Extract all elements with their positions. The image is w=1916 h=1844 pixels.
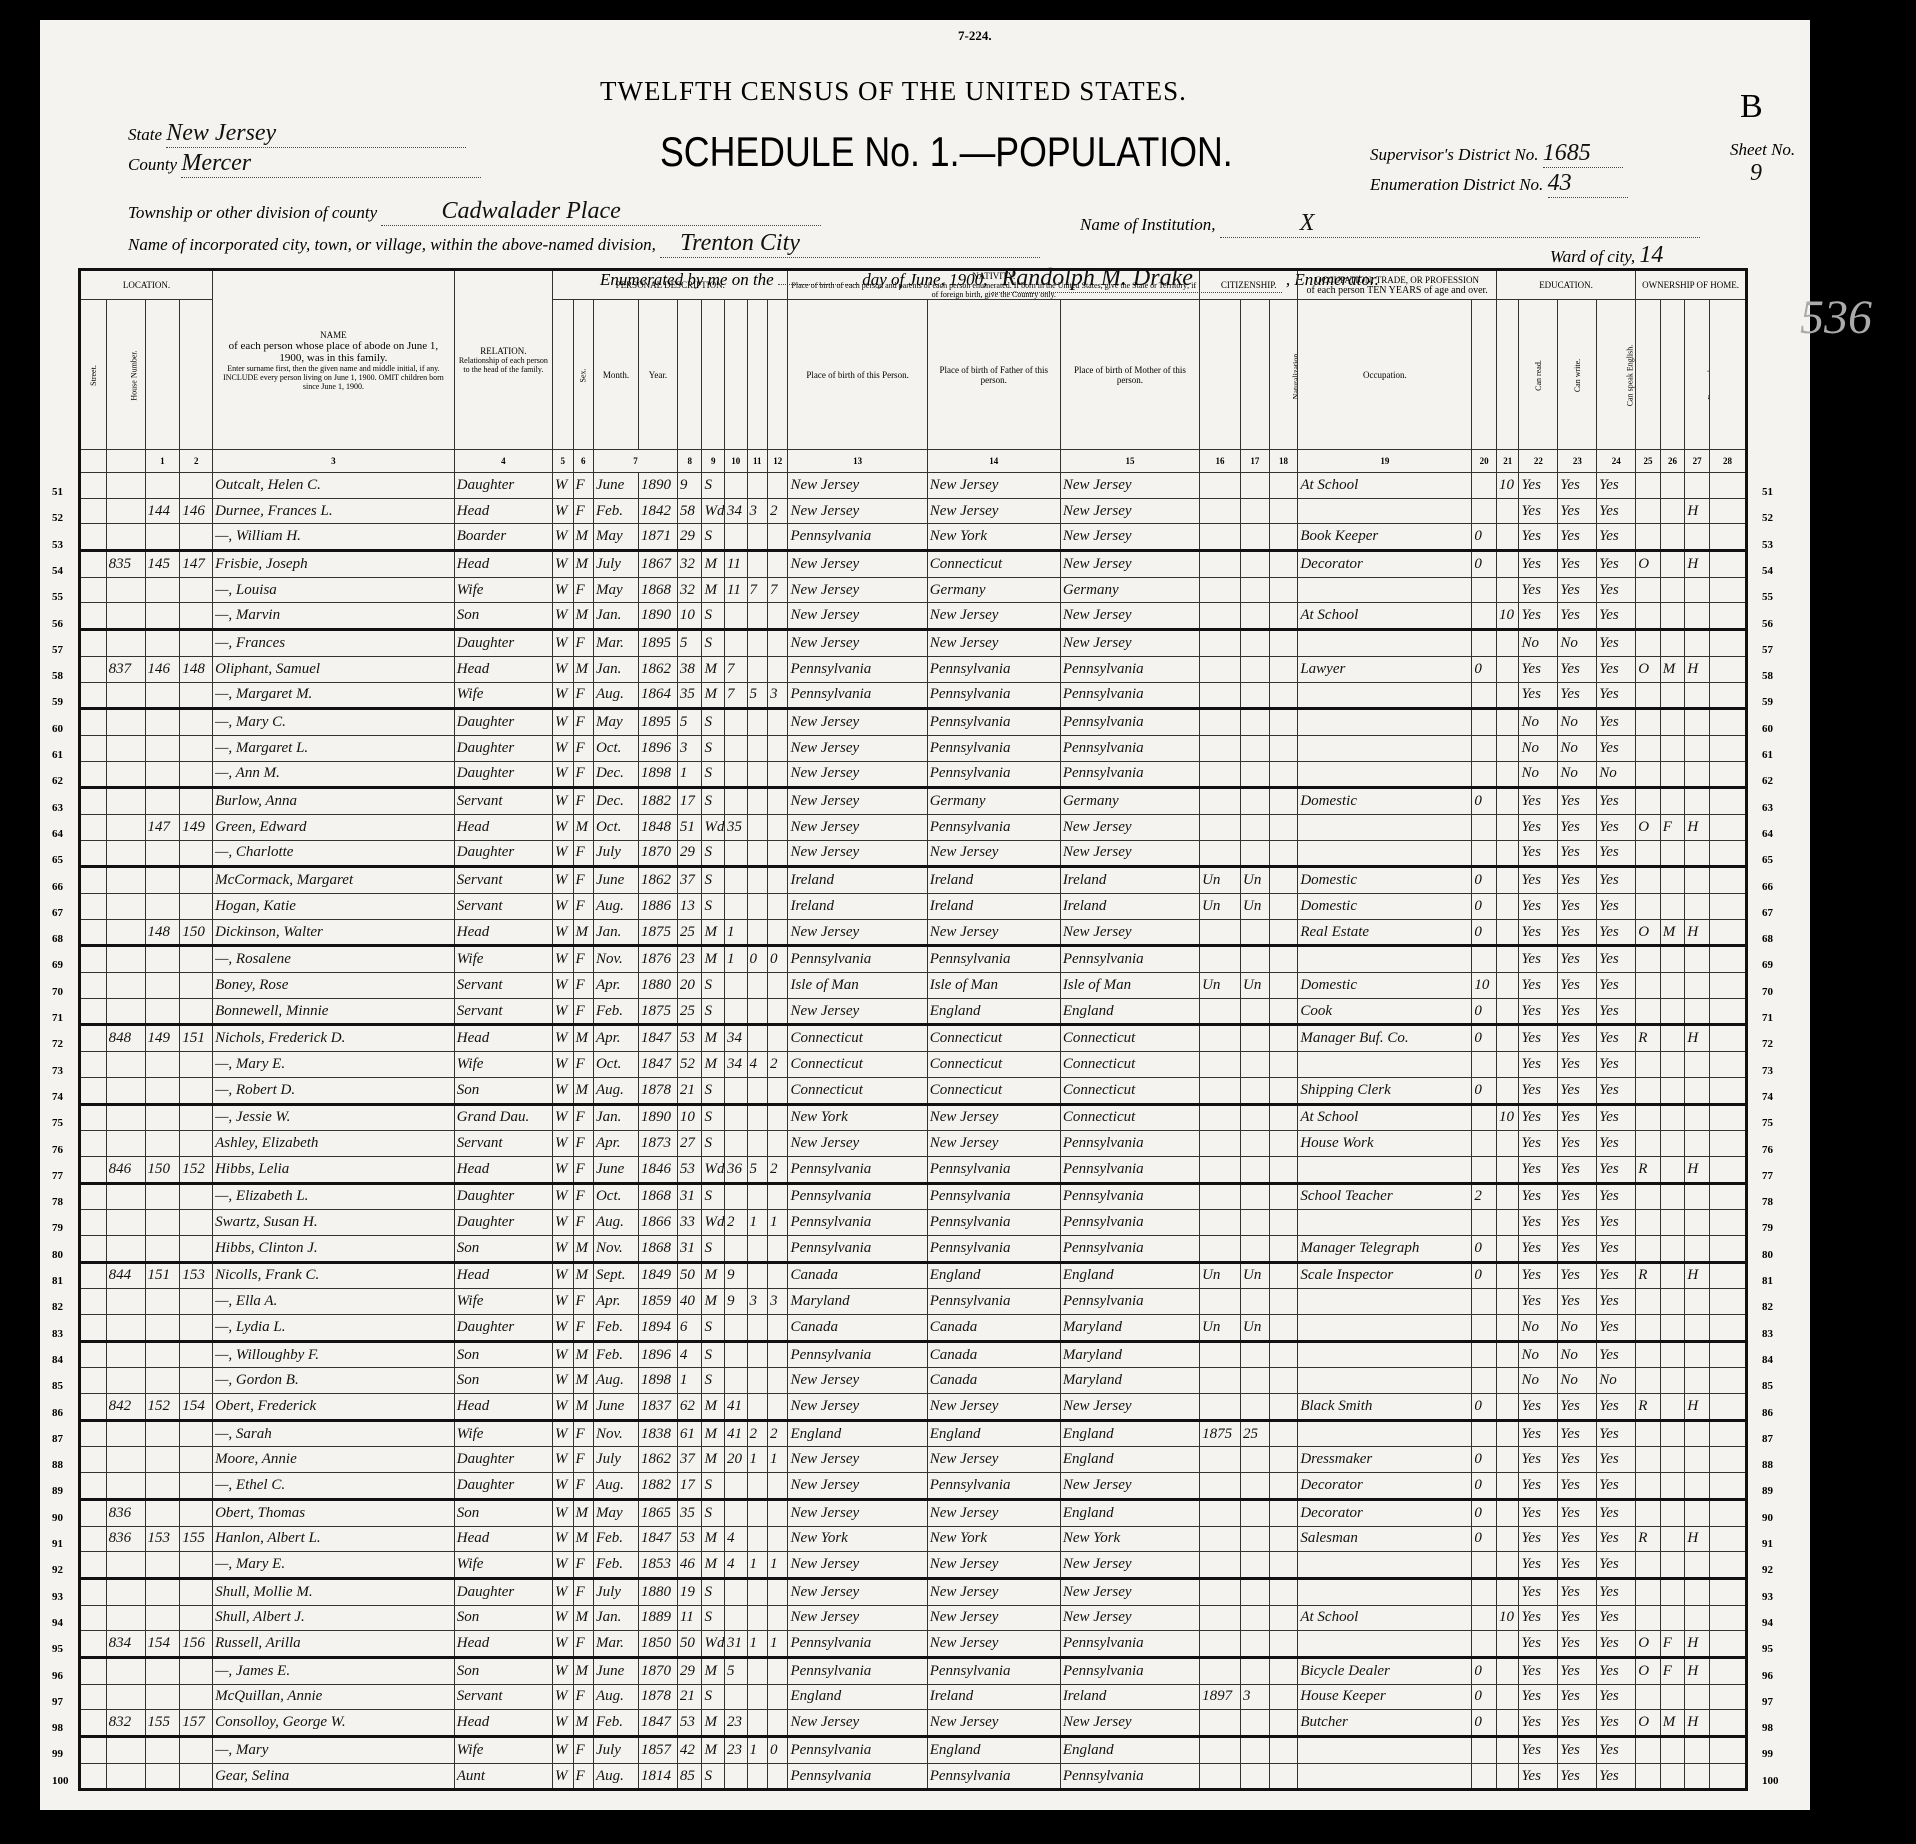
table-row: Hibbs, Clinton J.SonWMNov.186831SPennsyl… xyxy=(80,1235,1747,1262)
cell-house xyxy=(106,919,145,946)
cell-yrs-married xyxy=(725,1131,748,1157)
cell-name: Consolloy, George W. xyxy=(213,1710,455,1737)
cell-month: Mar. xyxy=(593,630,638,657)
cell-write: No xyxy=(1558,630,1597,657)
cell-months-unemp xyxy=(1472,1605,1497,1631)
cell-family xyxy=(180,973,213,999)
cell-family xyxy=(180,1131,213,1157)
cell-name: —, Frances xyxy=(213,630,455,657)
cell-birth: Connecticut xyxy=(788,1077,927,1104)
cell-living xyxy=(767,894,787,920)
colnum: 9 xyxy=(702,450,725,473)
line-number-left: 60 xyxy=(52,723,63,735)
cell-english: Yes xyxy=(1597,1684,1636,1710)
cell-street xyxy=(80,1552,107,1579)
cell-yrs-married xyxy=(725,973,748,999)
cell-year: 1889 xyxy=(639,1605,678,1631)
cell-year: 1886 xyxy=(639,894,678,920)
cell-read: Yes xyxy=(1519,867,1558,894)
cell-immig xyxy=(1200,1710,1241,1737)
cell-father-birth: Ireland xyxy=(927,1684,1060,1710)
cell-owned xyxy=(1636,998,1661,1025)
cell-family xyxy=(180,1183,213,1210)
cell-dwelling xyxy=(145,840,180,867)
cell-dwelling xyxy=(145,1341,180,1368)
cell-occupation: Manager Buf. Co. xyxy=(1298,1025,1472,1052)
cell-mother-birth: Pennsylvania xyxy=(1060,1183,1199,1210)
county-field: County Mercer xyxy=(128,150,481,178)
cell-months-unemp: 0 xyxy=(1472,1684,1497,1710)
cell-mother-birth: Ireland xyxy=(1060,894,1199,920)
cell-birth: Pennsylvania xyxy=(788,524,927,551)
cell-father-birth: Pennsylvania xyxy=(927,656,1060,682)
cell-immig xyxy=(1200,1077,1241,1104)
cell-free xyxy=(1660,1315,1685,1342)
cell-school xyxy=(1496,1499,1519,1526)
line-number-right: 74 xyxy=(1762,1091,1773,1103)
cell-mother-birth: England xyxy=(1060,1447,1199,1473)
cell-birth: New Jersey xyxy=(788,1131,927,1157)
cell-school xyxy=(1496,709,1519,736)
cell-mother-of xyxy=(747,524,767,551)
cell-write: Yes xyxy=(1558,1684,1597,1710)
cell-free xyxy=(1660,1052,1685,1078)
cell-color: W xyxy=(553,894,573,920)
cell-name: Obert, Frederick xyxy=(213,1394,455,1421)
cell-mother-birth: New York xyxy=(1060,1526,1199,1552)
colnum: 5 xyxy=(553,450,573,473)
cell-dwelling xyxy=(145,1077,180,1104)
cell-month: July xyxy=(593,551,638,578)
cell-farm xyxy=(1685,630,1710,657)
cell-mother-birth: New Jersey xyxy=(1060,1710,1199,1737)
cell-read: Yes xyxy=(1519,1526,1558,1552)
cell-write: Yes xyxy=(1558,814,1597,840)
col-header-children-living: Number of these children living. xyxy=(767,300,787,450)
colnum: 3 xyxy=(213,450,455,473)
cell-read: No xyxy=(1519,709,1558,736)
cell-natur xyxy=(1269,1710,1298,1737)
cell-birth: New Jersey xyxy=(788,1473,927,1500)
cell-free xyxy=(1660,1156,1685,1183)
cell-house xyxy=(106,1684,145,1710)
cell-write: Yes xyxy=(1558,1104,1597,1131)
cell-age: 35 xyxy=(677,682,702,709)
cell-mother-of xyxy=(747,1710,767,1737)
cell-street xyxy=(80,814,107,840)
cell-immig xyxy=(1200,919,1241,946)
cell-natur xyxy=(1269,603,1298,630)
cell-family xyxy=(180,473,213,499)
location-group-header: LOCATION. xyxy=(80,270,213,300)
cell-year: 1865 xyxy=(639,1499,678,1526)
cell-marital: M xyxy=(702,656,725,682)
cell-relation: Daughter xyxy=(454,1473,552,1500)
line-number-right: 52 xyxy=(1762,512,1773,524)
cell-occupation: Butcher xyxy=(1298,1710,1472,1737)
cell-english: Yes xyxy=(1597,656,1636,682)
cell-relation: Head xyxy=(454,1526,552,1552)
cell-mother-birth: England xyxy=(1060,1499,1199,1526)
cell-months-unemp: 0 xyxy=(1472,1473,1497,1500)
cell-color: W xyxy=(553,998,573,1025)
table-row: 144146Durnee, Frances L.HeadWFFeb.184258… xyxy=(80,498,1747,524)
line-number-left: 86 xyxy=(52,1407,63,1419)
cell-name: —, Mary E. xyxy=(213,1552,455,1579)
cell-write: Yes xyxy=(1558,577,1597,603)
cell-school: 10 xyxy=(1496,603,1519,630)
cell-month: July xyxy=(593,1578,638,1605)
cell-owned xyxy=(1636,761,1661,788)
cell-month: Jan. xyxy=(593,603,638,630)
cell-month: Aug. xyxy=(593,1473,638,1500)
cell-street xyxy=(80,1605,107,1631)
cell-family xyxy=(180,998,213,1025)
cell-sex: M xyxy=(573,1077,593,1104)
cell-yrs-married: 11 xyxy=(725,577,748,603)
cell-year: 1842 xyxy=(639,498,678,524)
cell-month: Jan. xyxy=(593,919,638,946)
cell-read: Yes xyxy=(1519,919,1558,946)
table-row: Burlow, AnnaServantWFDec.188217SNew Jers… xyxy=(80,788,1747,815)
cell-owned: O xyxy=(1636,656,1661,682)
cell-color: W xyxy=(553,1025,573,1052)
relation-group-header: RELATION. Relationship of each person to… xyxy=(454,270,552,450)
cell-immig xyxy=(1200,1131,1241,1157)
cell-birth: Pennsylvania xyxy=(788,1183,927,1210)
cell-mother-birth: New Jersey xyxy=(1060,1473,1199,1500)
cell-mother-birth: Maryland xyxy=(1060,1368,1199,1394)
cell-yrs-married xyxy=(725,1235,748,1262)
cell-mother-birth: New Jersey xyxy=(1060,814,1199,840)
cell-english: Yes xyxy=(1597,814,1636,840)
cell-english: Yes xyxy=(1597,1183,1636,1210)
cell-living xyxy=(767,919,787,946)
cell-father-birth: Connecticut xyxy=(927,551,1060,578)
colnum: 22 xyxy=(1519,450,1558,473)
cell-yrs-married: 1 xyxy=(725,919,748,946)
colnum: 21 xyxy=(1496,450,1519,473)
cell-read: Yes xyxy=(1519,524,1558,551)
sheet-letter: B xyxy=(1740,88,1763,126)
cell-farm-sched xyxy=(1709,1578,1746,1605)
cell-natur xyxy=(1269,998,1298,1025)
cell-dwelling xyxy=(145,1052,180,1078)
cell-marital: M xyxy=(702,1447,725,1473)
cell-father-birth: Pennsylvania xyxy=(927,682,1060,709)
cell-mother-of xyxy=(747,788,767,815)
cell-yrs-married: 41 xyxy=(725,1420,748,1447)
cell-occupation: Lawyer xyxy=(1298,656,1472,682)
cell-sex: F xyxy=(573,788,593,815)
cell-sex: M xyxy=(573,1499,593,1526)
cell-occupation: Decorator xyxy=(1298,1499,1472,1526)
line-number-right: 98 xyxy=(1762,1722,1773,1734)
cell-farm-sched xyxy=(1709,1104,1746,1131)
cell-color: W xyxy=(553,1183,573,1210)
table-row: —, RosaleneWifeWFNov.187623M100Pennsylva… xyxy=(80,946,1747,973)
cell-age: 19 xyxy=(677,1578,702,1605)
cell-mother-of xyxy=(747,735,767,761)
table-row: —, Ann M.DaughterWFDec.18981SNew JerseyP… xyxy=(80,761,1747,788)
cell-marital: S xyxy=(702,1473,725,1500)
col-header-owned: Owned or rented. xyxy=(1636,300,1661,450)
cell-relation: Wife xyxy=(454,1737,552,1764)
cell-farm xyxy=(1685,1131,1710,1157)
cell-color: W xyxy=(553,1710,573,1737)
cell-read: No xyxy=(1519,1315,1558,1342)
cell-living xyxy=(767,1262,787,1289)
cell-farm: H xyxy=(1685,1526,1710,1552)
cell-natur xyxy=(1269,709,1298,736)
cell-write: No xyxy=(1558,1368,1597,1394)
cell-father-birth: New Jersey xyxy=(927,1499,1060,1526)
cell-school xyxy=(1496,1657,1519,1684)
colnum: 23 xyxy=(1558,450,1597,473)
cell-yrs-married xyxy=(725,1605,748,1631)
table-row: —, Mary E.WifeWFOct.184752M3442Connectic… xyxy=(80,1052,1747,1078)
cell-english: Yes xyxy=(1597,867,1636,894)
cell-age: 23 xyxy=(677,946,702,973)
cell-sex: F xyxy=(573,1737,593,1764)
cell-name: Obert, Thomas xyxy=(213,1499,455,1526)
cell-name: —, Ella A. xyxy=(213,1289,455,1315)
cell-living xyxy=(767,1235,787,1262)
cell-color: W xyxy=(553,1235,573,1262)
cell-mother-of xyxy=(747,1473,767,1500)
cell-write: Yes xyxy=(1558,1289,1597,1315)
cell-name: —, Mary C. xyxy=(213,709,455,736)
cell-read: Yes xyxy=(1519,1684,1558,1710)
cell-birth: Pennsylvania xyxy=(788,682,927,709)
col-header-years-us: Number of years in the United States. xyxy=(1241,300,1270,450)
cell-father-birth: Canada xyxy=(927,1368,1060,1394)
cell-street xyxy=(80,1657,107,1684)
cell-month: Jan. xyxy=(593,1605,638,1631)
cell-dwelling xyxy=(145,709,180,736)
cell-read: Yes xyxy=(1519,1394,1558,1421)
cell-marital: S xyxy=(702,1235,725,1262)
cell-dwelling xyxy=(145,603,180,630)
cell-yrs-us xyxy=(1241,1552,1270,1579)
cell-age: 58 xyxy=(677,498,702,524)
cell-farm-sched xyxy=(1709,1631,1746,1658)
cell-house xyxy=(106,473,145,499)
cell-birth: New Jersey xyxy=(788,919,927,946)
cell-occupation xyxy=(1298,1052,1472,1078)
cell-read: Yes xyxy=(1519,1420,1558,1447)
cell-birth: New Jersey xyxy=(788,551,927,578)
cell-occupation xyxy=(1298,498,1472,524)
cell-write: Yes xyxy=(1558,1025,1597,1052)
cell-free xyxy=(1660,1131,1685,1157)
cell-english: Yes xyxy=(1597,1605,1636,1631)
cell-month: Oct. xyxy=(593,1052,638,1078)
line-number-right: 67 xyxy=(1762,907,1773,919)
cell-sex: M xyxy=(573,814,593,840)
cell-school xyxy=(1496,1262,1519,1289)
cell-yrs-married: 34 xyxy=(725,1025,748,1052)
cell-year: 1862 xyxy=(639,867,678,894)
cell-marital: S xyxy=(702,473,725,499)
line-number-left: 54 xyxy=(52,565,63,577)
line-number-left: 55 xyxy=(52,591,63,603)
cell-owned xyxy=(1636,1605,1661,1631)
column-number-row: 1 2 3 4 5 6 7 8 9 10 11 12 13 14 15 16 1… xyxy=(80,450,1747,473)
cell-dwelling xyxy=(145,1131,180,1157)
cell-free: M xyxy=(1660,1710,1685,1737)
cell-immig: Un xyxy=(1200,894,1241,920)
cell-month: Feb. xyxy=(593,1710,638,1737)
cell-farm-sched xyxy=(1709,551,1746,578)
cell-english: Yes xyxy=(1597,998,1636,1025)
cell-house xyxy=(106,998,145,1025)
cell-months-unemp: 0 xyxy=(1472,998,1497,1025)
cell-yrs-married xyxy=(725,894,748,920)
cell-dwelling xyxy=(145,761,180,788)
cell-year: 1849 xyxy=(639,1262,678,1289)
cell-family xyxy=(180,1447,213,1473)
cell-months-unemp xyxy=(1472,1368,1497,1394)
table-row: Outcalt, Helen C.DaughterWFJune18909SNew… xyxy=(80,473,1747,499)
cell-father-birth: Germany xyxy=(927,788,1060,815)
cell-school xyxy=(1496,814,1519,840)
cell-age: 17 xyxy=(677,1473,702,1500)
cell-age: 42 xyxy=(677,1737,702,1764)
cell-dwelling xyxy=(145,1289,180,1315)
cell-read: Yes xyxy=(1519,788,1558,815)
cell-mother-birth: Isle of Man xyxy=(1060,973,1199,999)
cell-school xyxy=(1496,1368,1519,1394)
cell-father-birth: Pennsylvania xyxy=(927,761,1060,788)
cell-mother-of xyxy=(747,919,767,946)
cell-mother-of xyxy=(747,709,767,736)
cell-year: 1890 xyxy=(639,603,678,630)
cell-month: Aug. xyxy=(593,1368,638,1394)
cell-age: 53 xyxy=(677,1526,702,1552)
cell-house xyxy=(106,788,145,815)
cell-dwelling xyxy=(145,577,180,603)
cell-months-unemp: 0 xyxy=(1472,656,1497,682)
cell-farm: H xyxy=(1685,551,1710,578)
cell-months-unemp xyxy=(1472,946,1497,973)
line-number-left: 97 xyxy=(52,1696,63,1708)
cell-free xyxy=(1660,1025,1685,1052)
sheet-number-value: 9 xyxy=(1730,160,1795,187)
cell-english: Yes xyxy=(1597,1763,1636,1790)
township-value: Cadwalader Place xyxy=(381,198,821,226)
cell-name: —, Margaret M. xyxy=(213,682,455,709)
line-number-right: 84 xyxy=(1762,1354,1773,1366)
cell-living: 2 xyxy=(767,1052,787,1078)
cell-street xyxy=(80,656,107,682)
cell-farm xyxy=(1685,1341,1710,1368)
col-header-year: Year. xyxy=(639,300,678,450)
line-number-left: 67 xyxy=(52,907,63,919)
line-number-left: 90 xyxy=(52,1512,63,1524)
cell-name: Hanlon, Albert L. xyxy=(213,1526,455,1552)
cell-marital: S xyxy=(702,1499,725,1526)
cell-occupation xyxy=(1298,946,1472,973)
cell-mother-birth: England xyxy=(1060,1420,1199,1447)
cell-family: 153 xyxy=(180,1262,213,1289)
cell-relation: Servant xyxy=(454,867,552,894)
cell-name: Outcalt, Helen C. xyxy=(213,473,455,499)
cell-house: 835 xyxy=(106,551,145,578)
cell-free xyxy=(1660,761,1685,788)
cell-relation: Head xyxy=(454,1025,552,1052)
cell-age: 32 xyxy=(677,551,702,578)
cell-mother-birth: England xyxy=(1060,1262,1199,1289)
cell-free xyxy=(1660,1368,1685,1394)
cell-mother-birth: Pennsylvania xyxy=(1060,761,1199,788)
cell-sex: F xyxy=(573,998,593,1025)
cell-months-unemp xyxy=(1472,1052,1497,1078)
cell-mother-of: 2 xyxy=(747,1420,767,1447)
cell-school xyxy=(1496,1552,1519,1579)
table-row: —, CharlotteDaughterWFJuly187029SNew Jer… xyxy=(80,840,1747,867)
cell-yrs-married: 23 xyxy=(725,1710,748,1737)
cell-yrs-us: Un xyxy=(1241,973,1270,999)
cell-dwelling xyxy=(145,1473,180,1500)
cell-yrs-married xyxy=(725,1499,748,1526)
cell-natur xyxy=(1269,1052,1298,1078)
cell-free xyxy=(1660,1552,1685,1579)
cell-yrs-us xyxy=(1241,1210,1270,1236)
cell-year: 1871 xyxy=(639,524,678,551)
line-number-right: 65 xyxy=(1762,854,1773,866)
cell-natur xyxy=(1269,1368,1298,1394)
cell-occupation: Decorator xyxy=(1298,1473,1472,1500)
line-number-right: 55 xyxy=(1762,591,1773,603)
cell-street xyxy=(80,840,107,867)
cell-farm-sched xyxy=(1709,1210,1746,1236)
township-label: Township or other division of county xyxy=(128,203,377,222)
cell-farm xyxy=(1685,735,1710,761)
cell-color: W xyxy=(553,1737,573,1764)
cell-father-birth: Ireland xyxy=(927,867,1060,894)
cell-yrs-us xyxy=(1241,630,1270,657)
cell-month: May xyxy=(593,577,638,603)
cell-occupation: Book Keeper xyxy=(1298,524,1472,551)
cell-owned xyxy=(1636,1183,1661,1210)
cell-farm: H xyxy=(1685,814,1710,840)
cell-farm-sched xyxy=(1709,1447,1746,1473)
cell-natur xyxy=(1269,656,1298,682)
cell-english: Yes xyxy=(1597,894,1636,920)
cell-family xyxy=(180,761,213,788)
cell-year: 1862 xyxy=(639,656,678,682)
cell-father-birth: New Jersey xyxy=(927,1394,1060,1421)
ward-value: 14 xyxy=(1639,242,1719,270)
line-number-right: 91 xyxy=(1762,1538,1773,1550)
cell-free xyxy=(1660,1473,1685,1500)
cell-month: Nov. xyxy=(593,1235,638,1262)
colnum: 24 xyxy=(1597,450,1636,473)
cell-family xyxy=(180,1657,213,1684)
cell-house xyxy=(106,1763,145,1790)
cell-marital: S xyxy=(702,630,725,657)
cell-age: 29 xyxy=(677,840,702,867)
cell-age: 53 xyxy=(677,1156,702,1183)
cell-english: Yes xyxy=(1597,577,1636,603)
cell-months-unemp: 0 xyxy=(1472,919,1497,946)
cell-yrs-married xyxy=(725,1473,748,1500)
cell-father-birth: Pennsylvania xyxy=(927,946,1060,973)
cell-read: No xyxy=(1519,1368,1558,1394)
cell-mother-birth: England xyxy=(1060,1737,1199,1764)
col-header-father-birth: Place of birth of Father of this person. xyxy=(927,300,1060,450)
